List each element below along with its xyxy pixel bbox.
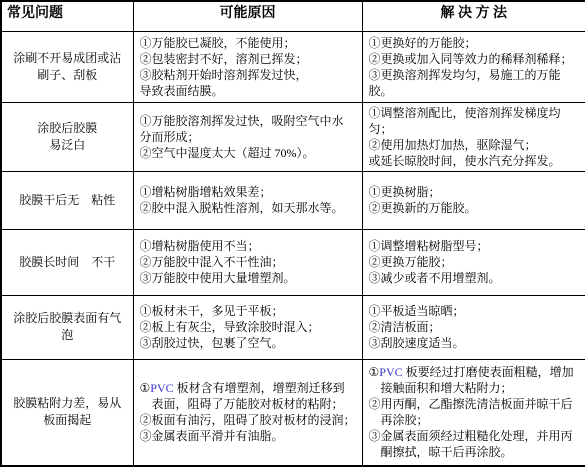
causes-cell: ①万能胶已凝胶，不能使用； ②包装密封不好，溶剂已挥发； ③胶粘剂开始时溶剂挥发…: [133, 31, 362, 102]
causes-cell: ①增粘树脂使用不当； ②万能胶中混入不干性油； ③万能胶中使用大量增塑剂。: [133, 229, 362, 295]
table-row: 涂胶后胶膜 易泛白 ①万能胶溶剂挥发过快，吸附空气中水 分而形成； ②空气中湿度…: [1, 102, 585, 171]
solutions-cell: ①平板适当晾晒； ②清洁板面； ③刮胶速度适当。: [362, 295, 585, 359]
problem-cell: 胶膜长时间 不干: [1, 229, 133, 295]
problem-cell: 胶膜粘附力差，易从 板面揭起: [1, 359, 133, 466]
causes-cell: ①PVC 板材含有增塑剂，增塑剂迁移到 表面，阻碍了万能胶对板材的粘附； ②板面…: [133, 359, 362, 466]
document-page: 常见问题 可能原因 解 决 方 法 涂刷不开易成团或沾 刷子、刮板 ①万能胶已凝…: [0, 0, 585, 467]
causes-cell: ①万能胶溶剂挥发过快，吸附空气中水 分而形成； ②空气中湿度太大（超过 70%）…: [133, 102, 362, 171]
problem-cell: 涂胶后胶膜 易泛白: [1, 102, 133, 171]
table-row: 胶膜长时间 不干 ①增粘树脂使用不当； ②万能胶中混入不干性油； ③万能胶中使用…: [1, 229, 585, 295]
table-row: 胶膜粘附力差，易从 板面揭起 ①PVC 板材含有增塑剂，增塑剂迁移到 表面，阻碍…: [1, 359, 585, 466]
cause-item-number: ①: [140, 381, 151, 395]
header-problem: 常见问题: [1, 1, 133, 31]
header-solution: 解 决 方 法: [362, 1, 585, 31]
problem-cell: 胶膜干后无 粘性: [1, 171, 133, 229]
solutions-cell: ①调整增粘树脂型号； ②更换万能胶； ③减少或者不用增塑剂。: [362, 229, 585, 295]
solution-item-text: 板要经过打磨使表面粗糙，增加 接触面积和增大粘附力； ②用丙酮，乙酯擦洗清洁板面…: [369, 365, 574, 459]
solution-item-number: ①: [369, 365, 380, 379]
causes-cell: ①板材未干，多见于平板； ②板上有灰尘，导致涂胶时混入； ③刮胶过快，包裹了空气…: [133, 295, 362, 359]
table-row: 涂刷不开易成团或沾 刷子、刮板 ①万能胶已凝胶，不能使用； ②包装密封不好，溶剂…: [1, 31, 585, 102]
solutions-cell: ①调整溶剂配比，使溶剂挥发梯度均匀； ②使用加热灯加热，驱除湿气； 或延长晾胶时…: [362, 102, 585, 171]
table-row: 胶膜干后无 粘性 ①增粘树脂增粘效果差； ②胶中混入脱粘性溶剂，如天那水等。 ①…: [1, 171, 585, 229]
header-cause: 可能原因: [133, 1, 362, 31]
table-header-row: 常见问题 可能原因 解 决 方 法: [1, 1, 585, 31]
problem-cell: 涂胶后胶膜表面有气 泡: [1, 295, 133, 359]
solutions-cell: ①更换树脂； ②更换新的万能胶。: [362, 171, 585, 229]
causes-cell: ①增粘树脂增粘效果差； ②胶中混入脱粘性溶剂，如天那水等。: [133, 171, 362, 229]
problem-cell: 涂刷不开易成团或沾 刷子、刮板: [1, 31, 133, 102]
pvc-highlight-text: PVC: [379, 365, 402, 379]
troubleshooting-table: 常见问题 可能原因 解 决 方 法 涂刷不开易成团或沾 刷子、刮板 ①万能胶已凝…: [0, 0, 585, 467]
pvc-highlight-text: PVC: [150, 381, 173, 395]
table-row: 涂胶后胶膜表面有气 泡 ①板材未干，多见于平板； ②板上有灰尘，导致涂胶时混入；…: [1, 295, 585, 359]
solutions-cell: ①更换好的万能胶； ②更换或加入同等效力的稀释剂稀释； ③更换溶剂挥发均匀，易施…: [362, 31, 585, 102]
solutions-cell: ①PVC 板要经过打磨使表面粗糙，增加 接触面积和增大粘附力； ②用丙酮，乙酯擦…: [362, 359, 585, 466]
